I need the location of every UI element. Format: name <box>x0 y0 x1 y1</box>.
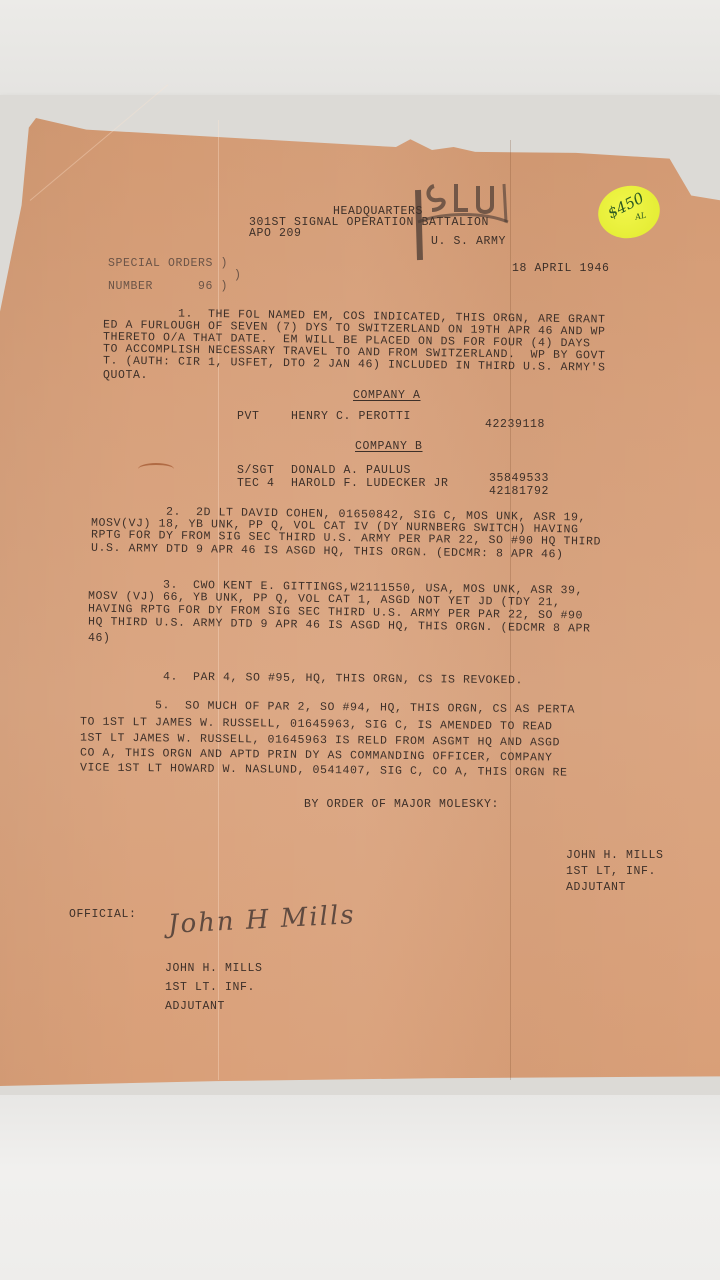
paragraph-3-line-5: 46) <box>88 632 111 646</box>
company-b-name-1: DONALD A. PAULUS <box>291 464 411 478</box>
orders-bracket: ) <box>234 269 242 283</box>
official-name: JOHN H. MILLS <box>165 962 263 976</box>
ink-stain <box>138 463 174 475</box>
company-b-heading: COMPANY B <box>355 440 423 454</box>
signatory-title: ADJUTANT <box>566 881 626 895</box>
paragraph-1-line-6: QUOTA. <box>103 369 148 383</box>
company-b-serial-1: 35849533 <box>489 472 549 486</box>
company-b-serial-2: 42181792 <box>489 485 549 499</box>
company-a-serial: 42239118 <box>485 418 545 432</box>
official-title: ADJUTANT <box>165 1000 225 1014</box>
background-surface-bottom <box>0 1095 720 1280</box>
signatory-name: JOHN H. MILLS <box>566 849 664 863</box>
company-a-name: HENRY C. PEROTTI <box>291 410 411 424</box>
header-army: U. S. ARMY <box>431 235 506 249</box>
by-order-line: BY ORDER OF MAJOR MOLESKY: <box>304 798 499 812</box>
order-date: 18 APRIL 1946 <box>512 262 610 276</box>
company-b-rank-1: S/SGT <box>237 464 275 478</box>
company-a-heading: COMPANY A <box>353 389 421 403</box>
header-apo: APO 209 <box>249 227 302 241</box>
company-b-name-2: HAROLD F. LUDECKER JR <box>291 477 449 491</box>
special-orders-label: SPECIAL ORDERS ) <box>108 257 228 271</box>
signatory-rank: 1ST LT, INF. <box>566 865 656 879</box>
official-label: OFFICIAL: <box>69 908 137 922</box>
company-a-rank: PVT <box>237 410 260 424</box>
company-b-rank-2: TEC 4 <box>237 477 275 491</box>
official-rank: 1ST LT. INF. <box>165 981 255 995</box>
price-initials: AL <box>634 211 647 222</box>
number-label: NUMBER 96 ) <box>108 280 228 294</box>
